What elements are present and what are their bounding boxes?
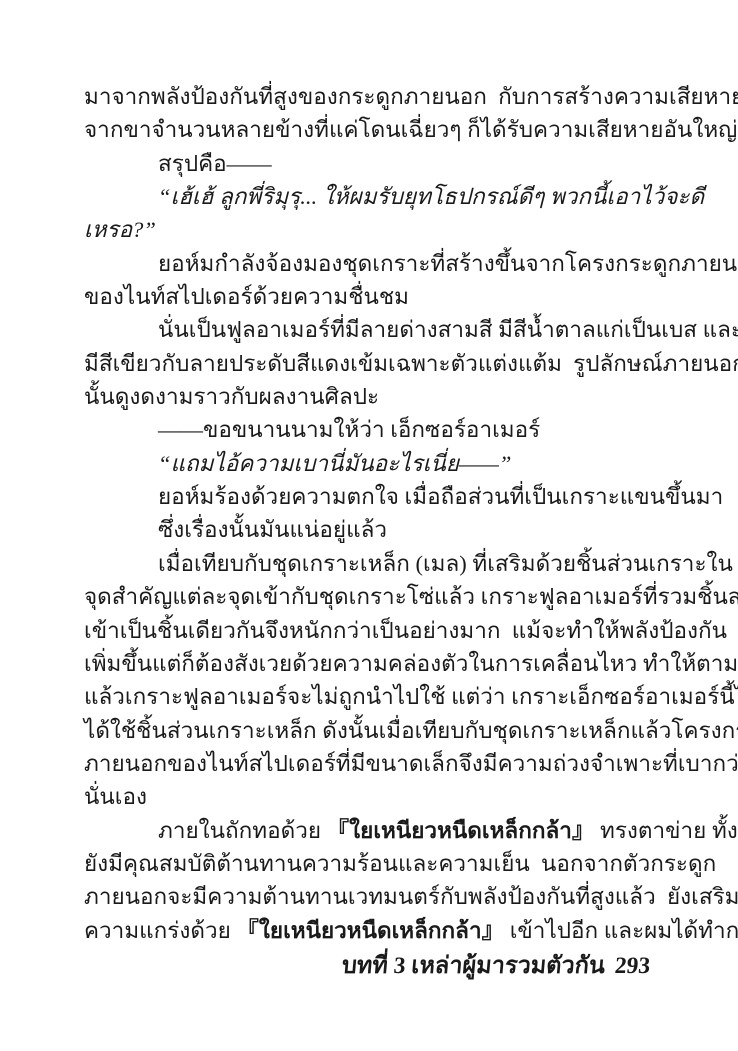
page-footer: บทที่ 3 เหล่าผู้มารวมตัวกัน 293 <box>336 948 651 984</box>
text-line: ยอห์มกำลังจ้องมองชุดเกราะที่สร้างขึ้นจาก… <box>84 247 654 280</box>
chapter-title: บทที่ 3 เหล่าผู้มารวมตัวกัน <box>341 953 606 979</box>
dialogue-line: เหรอ?” <box>84 213 654 246</box>
text-segment: ทรงตาข่าย ทั้ง <box>594 818 737 843</box>
book-page: มาจากพลังป้องกันที่สูงของกระดูกภายนอก กั… <box>0 0 738 1051</box>
body-text: มาจากพลังป้องกันที่สูงของกระดูกภายนอก กั… <box>84 80 654 947</box>
emphasized-skill-name: 『ใยเหนียวหนืดเหล็กกล้า』 <box>236 918 504 943</box>
emphasized-skill-name: 『ใยเหนียวหนืดเหล็กกล้า』 <box>327 818 595 843</box>
text-line: นั่นเอง <box>84 780 654 813</box>
text-line: ยอห์มร้องด้วยความตกใจ เมื่อถือส่วนที่เป็… <box>84 480 654 513</box>
text-segment: ความแกร่งด้วย <box>84 918 236 943</box>
text-line: เมื่อเทียบกับชุดเกราะเหล็ก (เมล) ที่เสริ… <box>84 547 654 580</box>
text-line: เพิ่มขึ้นแต่ก็ต้องสังเวยด้วยความคล่องตัว… <box>84 647 654 680</box>
text-line: มาจากพลังป้องกันที่สูงของกระดูกภายนอก กั… <box>84 80 654 113</box>
text-line: นั้นดูงดงามราวกับผลงานศิลปะ <box>84 380 654 413</box>
text-line: มีสีเขียวกับลายประดับสีแดงเข้มเฉพาะตัวแต… <box>84 347 654 380</box>
text-line: ยังมีคุณสมบัติต้านทานความร้อนและความเย็น… <box>84 847 654 880</box>
text-segment: ภายในถักทอด้วย <box>158 818 327 843</box>
page-number: 293 <box>614 953 652 979</box>
text-segment: เข้าไปอีก และผมได้ทำการ <box>504 918 738 943</box>
text-line: ซึ่งเรื่องนั้นมันแน่อยู่แล้ว <box>84 513 654 546</box>
text-line: นั่นเป็นฟูลอาเมอร์ที่มีลายด่างสามสี มีสี… <box>84 313 654 346</box>
text-line: ภายนอกของไนท์สไปเดอร์ที่มีขนาดเล็กจึงมีค… <box>84 747 654 780</box>
text-line: ภายในถักทอด้วย 『ใยเหนียวหนืดเหล็กกล้า』 ท… <box>84 814 654 847</box>
text-line: จุดสำคัญแต่ละจุดเข้ากับชุดเกราะโซ่แล้ว เ… <box>84 580 654 613</box>
text-line: สรุปคือ—— <box>84 147 654 180</box>
dialogue-line: “แถมไอ้ความเบานี่มันอะไรเนี่ย——” <box>84 447 654 480</box>
dialogue-line: “เฮ้เฮ้ ลูกพี่ริมุรุ... ให้ผมรับยุทโธปกร… <box>84 180 654 213</box>
text-line: เข้าเป็นชิ้นเดียวกันจึงหนักกว่าเป็นอย่าง… <box>84 614 654 647</box>
text-line: ภายนอกจะมีความต้านทานเวทมนตร์กับพลังป้อง… <box>84 880 654 913</box>
text-line: ความแกร่งด้วย 『ใยเหนียวหนืดเหล็กกล้า』 เข… <box>84 914 654 947</box>
text-line: ได้ใช้ชิ้นส่วนเกราะเหล็ก ดังนั้นเมื่อเที… <box>84 714 654 747</box>
text-line: ——ขอขนานนามให้ว่า เอ็กซอร์อาเมอร์ <box>84 413 654 446</box>
text-line: แล้วเกราะฟูลอาเมอร์จะไม่ถูกนำไปใช้ แต่ว่… <box>84 680 654 713</box>
text-line: ของไนท์สไปเดอร์ด้วยความชื่นชม <box>84 280 654 313</box>
text-line: จากขาจำนวนหลายข้างที่แค่โดนเฉี่ยวๆ ก็ได้… <box>84 113 654 146</box>
